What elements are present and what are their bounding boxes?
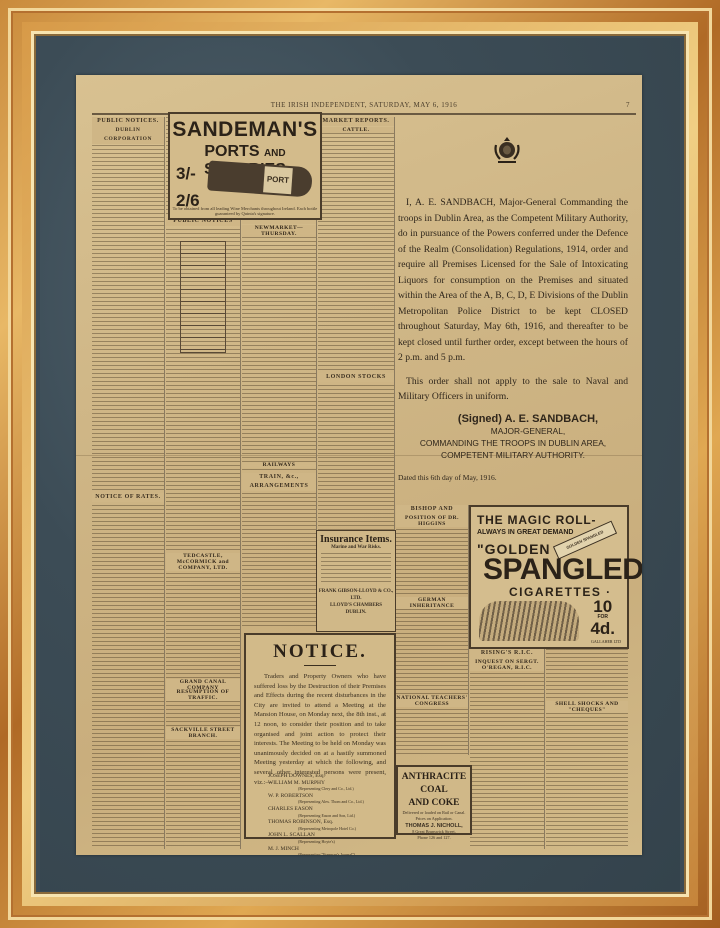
notice-body: Traders and Property Owners who have suf… <box>254 672 386 787</box>
golden-spangled-advertisement: THE MAGIC ROLL- ALWAYS IN GREAT DEMAND G… <box>469 505 629 649</box>
signed-name: (Signed) A. E. SANDBACH, <box>428 413 628 425</box>
proclamation: I, A. E. SANDBACH, Major-General Command… <box>398 195 628 461</box>
heading-london-stocks: LONDON STOCKS <box>318 373 394 382</box>
traders-notice-advertisement: NOTICE. Traders and Property Owners who … <box>244 633 396 839</box>
heading-railways: RAILWAYS <box>242 462 316 468</box>
results-table <box>180 241 226 353</box>
column-5-lower: BISHOP AND VOLUNTEERS POSITION OF DR. HI… <box>396 505 469 755</box>
proclamation-paragraph-1: I, A. E. SANDBACH, Major-General Command… <box>398 195 628 366</box>
heading-dublin-corporation: DUBLIN CORPORATION <box>92 126 164 144</box>
heading-inquest: INQUEST ON SERGT. O'REGAN, R.I.C. <box>470 659 544 671</box>
heading-public-notices: PUBLIC NOTICES. <box>92 117 164 126</box>
coal-text: Delivered or loaded on Rail or Canal. Pr… <box>398 810 470 821</box>
coal-phone: Phone 126 and 127. <box>398 835 470 841</box>
golden-line-1: THE MAGIC ROLL- <box>477 513 596 527</box>
proclamation-date: Dated this 6th day of May, 1916. <box>398 473 497 482</box>
heading-shell-shocks: SHELL SHOCKS AND "CHEQUES" <box>546 701 628 713</box>
picture-frame: THE IRISH INDEPENDENT, SATURDAY, MAY 6, … <box>0 0 720 928</box>
insurance-city: DUBLIN. <box>317 609 395 616</box>
column-7-lower: SHELL SHOCKS AND "CHEQUES" <box>546 649 628 849</box>
newspaper-page: THE IRISH INDEPENDENT, SATURDAY, MAY 6, … <box>76 75 642 855</box>
insurance-body <box>321 553 391 585</box>
signed-role-1: COMMANDING THE TROOPS IN DUBLIN AREA, <box>398 437 628 449</box>
heading-national-teachers: NATIONAL TEACHERS' CONGRESS <box>396 695 468 707</box>
golden-price: 10 FOR 4d. <box>590 599 615 636</box>
port-bottle-illustration: PORT <box>207 160 313 197</box>
insurance-title: Insurance Items. <box>317 534 395 545</box>
insurance-advertisement: Insurance Items. Marine and War Risks. F… <box>316 530 396 632</box>
golden-maker: GALLAHER LTD <box>591 639 621 644</box>
sandeman-title: SANDEMAN'S <box>170 118 320 142</box>
heading-market-reports: MARKET REPORTS. <box>318 117 394 126</box>
golden-brand: SPANGLED" <box>483 553 642 587</box>
sandeman-footer: To be obtained from all leading Wine Mer… <box>172 206 318 216</box>
coal-title: ANTHRACITE COAL AND COKE <box>398 771 470 810</box>
heading-newmarket: NEWMARKET—THURSDAY. <box>242 225 316 237</box>
anthracite-coal-advertisement: ANTHRACITE COAL AND COKE Delivered or lo… <box>396 765 472 835</box>
golden-line-2: ALWAYS IN GREAT DEMAND <box>477 529 573 536</box>
price-three-star: 3/- <box>176 164 196 184</box>
sandeman-advertisement: SANDEMAN'S PORTS AND SHERRIES PORT 3/- 2… <box>168 112 322 220</box>
heading-cattle: CATTLE. <box>318 127 394 133</box>
royal-crest-icon <box>493 135 521 165</box>
insurance-firm: FRANK GIBSON-LLOYD & CO., LTD. <box>317 588 395 602</box>
notice-rule <box>304 665 336 666</box>
column-1: PUBLIC NOTICES. DUBLIN CORPORATION NOTIC… <box>92 117 165 849</box>
heading-notice-of-rates: NOTICE OF RATES. <box>92 493 164 502</box>
heading-train-arrangements: TRAIN, &c., ARRANGEMENTS <box>242 473 316 491</box>
heading-german-inheritance: GERMAN INHERITANCE <box>396 597 468 609</box>
masthead-title: THE IRISH INDEPENDENT, SATURDAY, MAY 6, … <box>271 101 457 109</box>
heading-resumption: RESUMPTION OF TRAFFIC. <box>166 689 240 701</box>
bottle-label: PORT <box>263 166 293 194</box>
heading-tedcastle: TEDCASTLE, McCORMICK and COMPANY, LTD. <box>166 553 240 571</box>
column-6-lower: RISING'S R.I.C. VICTIMS INQUEST ON SERGT… <box>470 649 545 849</box>
signature-block: (Signed) A. E. SANDBACH, MAJOR-GENERAL, … <box>398 413 628 461</box>
heading-sackville: SACKVILLE STREET BRANCH. <box>166 727 240 739</box>
page-number: 7 <box>626 101 630 109</box>
heading-position-dr: POSITION OF DR. HIGGINS <box>396 515 468 527</box>
insurance-subtitle: Marine and War Risks. <box>317 545 395 550</box>
hands-illustration <box>479 601 579 641</box>
column-2: PUBLIC NOTICES TEDCASTLE, McCORMICK and … <box>166 117 241 849</box>
signed-rank: MAJOR-GENERAL, <box>428 425 628 437</box>
notice-names-list: JOSEPH DOWNES, Esq. WILLIAM M. MURPHY (R… <box>268 773 364 855</box>
notice-title: NOTICE. <box>246 641 394 663</box>
insurance-address: LLOYD'S CHAMBERS <box>317 602 395 609</box>
proclamation-paragraph-2: This order shall not apply to the sale t… <box>398 374 628 405</box>
signed-role-2: COMPETENT MILITARY AUTHORITY. <box>398 449 628 461</box>
